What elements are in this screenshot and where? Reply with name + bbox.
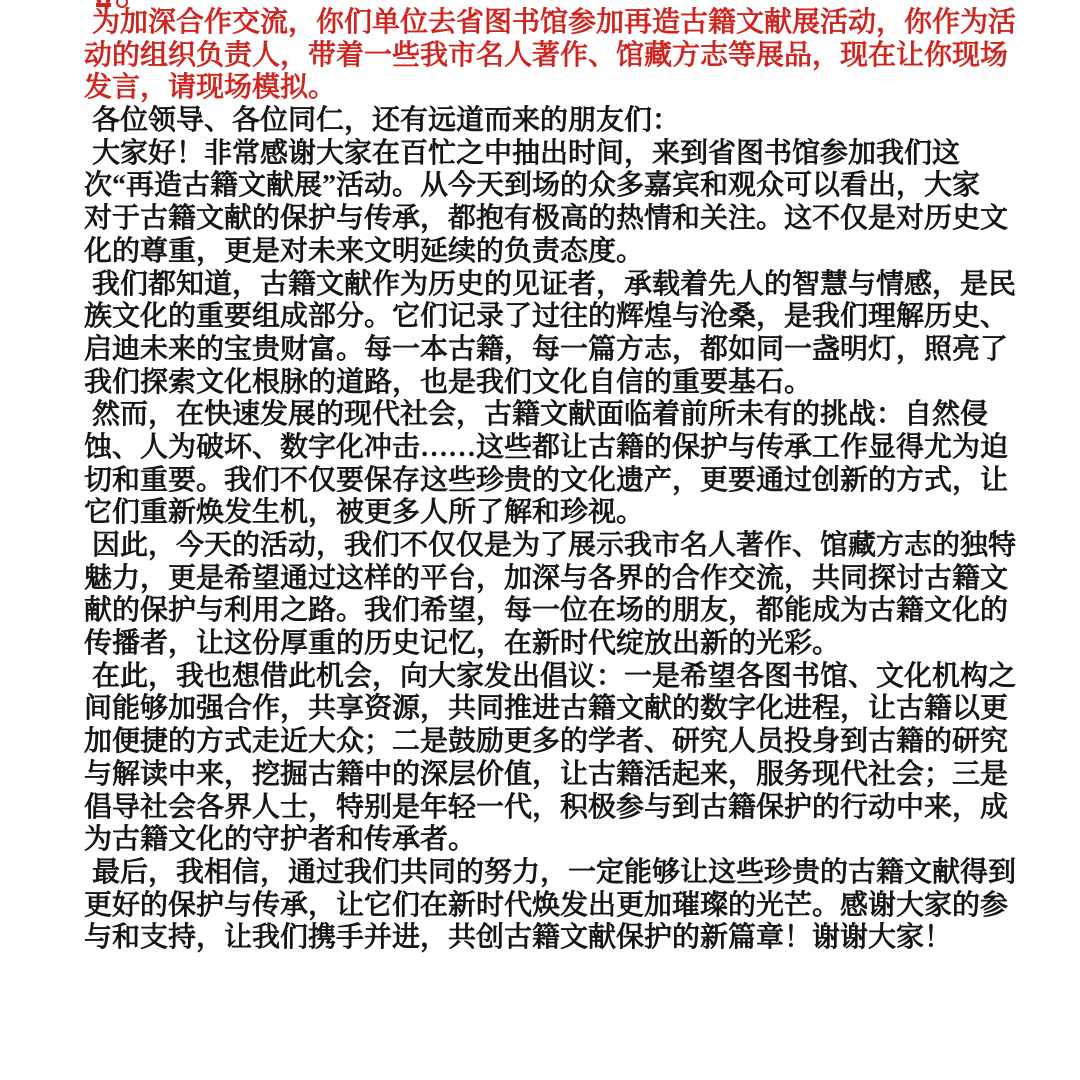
text-line: 魅力，更是希望通过这样的平台，加深与各界的合作交流，共同探讨古籍文 xyxy=(84,563,1024,596)
text-line: 对于古籍文献的保护与传承，都抱有极高的热情和关注。这不仅是对历史文 xyxy=(84,203,1024,236)
text-line: 更好的保护与传承，让它们在新时代焕发出更加璀璨的光芒。感谢大家的参 xyxy=(84,890,1024,923)
text-line: 各位领导、各位同仁，还有远道而来的朋友们： xyxy=(84,105,1024,138)
text-line: 与解读中来，挖掘古籍中的深层价值，让古籍活起来，服务现代社会；三是 xyxy=(84,759,1024,792)
text-line: 为加深合作交流，你们单位去省图书馆参加再造古籍文献展活动，你作为活 xyxy=(84,7,1024,40)
text-line: 动的组织负责人，带着一些我市名人著作、馆藏方志等展品，现在让你现场 xyxy=(84,40,1024,73)
text-line: 因此，今天的活动，我们不仅仅是为了展示我市名人著作、馆藏方志的独特 xyxy=(84,530,1024,563)
text-line: 化的尊重，更是对未来文明延续的负责态度。 xyxy=(84,236,1024,269)
text-line: 倡导社会各界人士，特别是年轻一代，积极参与到古籍保护的行动中来，成 xyxy=(84,792,1024,825)
text-line: 切和重要。我们不仅要保存这些珍贵的文化遗产，更要通过创新的方式，让 xyxy=(84,465,1024,498)
text-line: 次“再造古籍文献展”活动。从今天到场的众多嘉宾和观众可以看出，大家 xyxy=(84,170,1024,203)
text-line: 我们都知道，古籍文献作为历史的见证者，承载着先人的智慧与情感，是民 xyxy=(84,269,1024,302)
text-line: 发言，请现场模拟。 xyxy=(84,72,1024,105)
text-line: 在此，我也想借此机会，向大家发出倡议：一是希望各图书馆、文化机构之 xyxy=(84,661,1024,694)
text-line: 大家好！非常感谢大家在百忙之中抽出时间，来到省图书馆参加我们这 xyxy=(84,138,1024,171)
text-line: 加便捷的方式走近大众；二是鼓励更多的学者、研究人员投身到古籍的研究 xyxy=(84,726,1024,759)
speech-text-block: 为加深合作交流，你们单位去省图书馆参加再造古籍文献展活动，你作为活动的组织负责人… xyxy=(84,7,1024,955)
text-line: 然而，在快速发展的现代社会，古籍文献面临着前所未有的挑战：自然侵 xyxy=(84,399,1024,432)
text-line: 献的保护与利用之路。我们希望，每一位在场的朋友，都能成为古籍文化的 xyxy=(84,595,1024,628)
text-line: 为古籍文化的守护者和传承者。 xyxy=(84,824,1024,857)
document-page: 为加深合作交流，你们单位去省图书馆参加再造古籍文献展活动，你作为活动的组织负责人… xyxy=(0,0,1080,1080)
text-line: 族文化的重要组成部分。它们记录了过往的辉煌与沧桑，是我们理解历史、 xyxy=(84,301,1024,334)
text-line: 启迪未来的宝贵财富。每一本古籍，每一篇方志，都如同一盏明灯，照亮了 xyxy=(84,334,1024,367)
text-line: 我们探索文化根脉的道路，也是我们文化自信的重要基石。 xyxy=(84,367,1024,400)
text-line: 它们重新焕发生机，被更多人所了解和珍视。 xyxy=(84,497,1024,530)
text-line: 最后，我相信，通过我们共同的努力，一定能够让这些珍贵的古籍文献得到 xyxy=(84,857,1024,890)
text-line: 传播者，让这份厚重的历史记忆，在新时代绽放出新的光彩。 xyxy=(84,628,1024,661)
text-line: 与和支持，让我们携手并进，共创古籍文献保护的新篇章！谢谢大家！ xyxy=(84,922,1024,955)
text-line: 蚀、人为破坏、数字化冲击……这些都让古籍的保护与传承工作显得尤为迫 xyxy=(84,432,1024,465)
text-line: 间能够加强合作，共享资源，共同推进古籍文献的数字化进程，让古籍以更 xyxy=(84,693,1024,726)
